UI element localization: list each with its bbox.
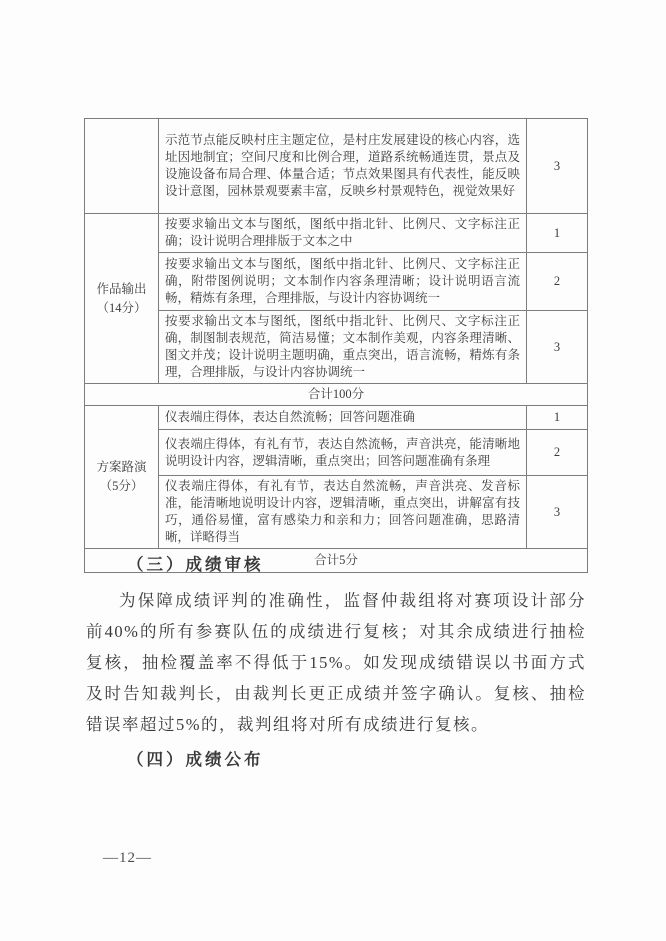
criteria-cell: 仪表端庄得体，有礼有节，表达自然流畅，声音洪亮，能清晰地说明设计内容，逻辑清晰，…: [159, 430, 527, 476]
table-row: 按要求输出文本与图纸，图纸中指北针、比例尺、文字标注正确，制图制表规范，简洁易懂…: [85, 311, 588, 384]
subtotal-row: 合计100分: [85, 384, 588, 406]
score-cell: 3: [527, 311, 588, 384]
criteria-cell: 仪表端庄得体，表达自然流畅；回答问题准确: [159, 406, 527, 430]
table-row: 仪表端庄得体，有礼有节，表达自然流畅，声音洪亮，能清晰地说明设计内容，逻辑清晰，…: [85, 430, 588, 476]
criteria-cell: 示范节点能反映村庄主题定位，是村庄发展建设的核心内容，选址因地制宜；空间尺度和比…: [159, 119, 527, 214]
subtotal-cell-100: 合计100分: [85, 384, 588, 406]
section-heading-score-review: （三）成绩审核: [86, 551, 586, 578]
section-heading-score-announcement: （四）成绩公布: [86, 746, 586, 773]
score-cell: 3: [527, 119, 588, 214]
category-label-line1: 作品输出: [91, 280, 152, 299]
score-cell: 3: [527, 476, 588, 549]
table-row: 按要求输出文本与图纸，图纸中指北针、比例尺、文字标注正确，附带图例说明；文本制作…: [85, 253, 588, 311]
criteria-cell: 按要求输出文本与图纸，图纸中指北针、比例尺、文字标注正确；设计说明合理排版于文本…: [159, 214, 527, 253]
criteria-cell: 仪表端庄得体，有礼有节，表达自然流畅，声音洪亮、发音标准，能清晰地说明设计内容，…: [159, 476, 527, 549]
category-cell-roadshow: 方案路演 （5分）: [85, 406, 159, 549]
criteria-cell: 按要求输出文本与图纸，图纸中指北针、比例尺、文字标注正确，附带图例说明；文本制作…: [159, 253, 527, 311]
category-cell-output: 作品输出 （14分）: [85, 214, 159, 384]
table-row: 方案路演 （5分） 仪表端庄得体，表达自然流畅；回答问题准确 1: [85, 406, 588, 430]
category-label-line2: （5分）: [91, 477, 152, 496]
table-row: 仪表端庄得体，有礼有节，表达自然流畅，声音洪亮、发音标准，能清晰地说明设计内容，…: [85, 476, 588, 549]
body-text: （三）成绩审核 为保障成绩评判的准确性，监督仲裁组将对赛项设计部分前40%的所有…: [86, 551, 586, 773]
category-label-line1: 方案路演: [91, 458, 152, 477]
table-row: 示范节点能反映村庄主题定位，是村庄发展建设的核心内容，选址因地制宜；空间尺度和比…: [85, 119, 588, 214]
score-cell: 1: [527, 406, 588, 430]
score-cell: 1: [527, 214, 588, 253]
scoring-table: 示范节点能反映村庄主题定位，是村庄发展建设的核心内容，选址因地制宜；空间尺度和比…: [84, 118, 588, 573]
table-row: 作品输出 （14分） 按要求输出文本与图纸，图纸中指北针、比例尺、文字标注正确；…: [85, 214, 588, 253]
paragraph-score-review: 为保障成绩评判的准确性，监督仲裁组将对赛项设计部分前40%的所有参赛队伍的成绩进…: [86, 585, 586, 740]
category-label-line2: （14分）: [91, 299, 152, 318]
document-page: 示范节点能反映村庄主题定位，是村庄发展建设的核心内容，选址因地制宜；空间尺度和比…: [0, 0, 666, 941]
page-number: —12—: [103, 850, 152, 867]
score-cell: 2: [527, 253, 588, 311]
category-cell-empty: [85, 119, 159, 214]
score-cell: 2: [527, 430, 588, 476]
criteria-cell: 按要求输出文本与图纸，图纸中指北针、比例尺、文字标注正确，制图制表规范，简洁易懂…: [159, 311, 527, 384]
